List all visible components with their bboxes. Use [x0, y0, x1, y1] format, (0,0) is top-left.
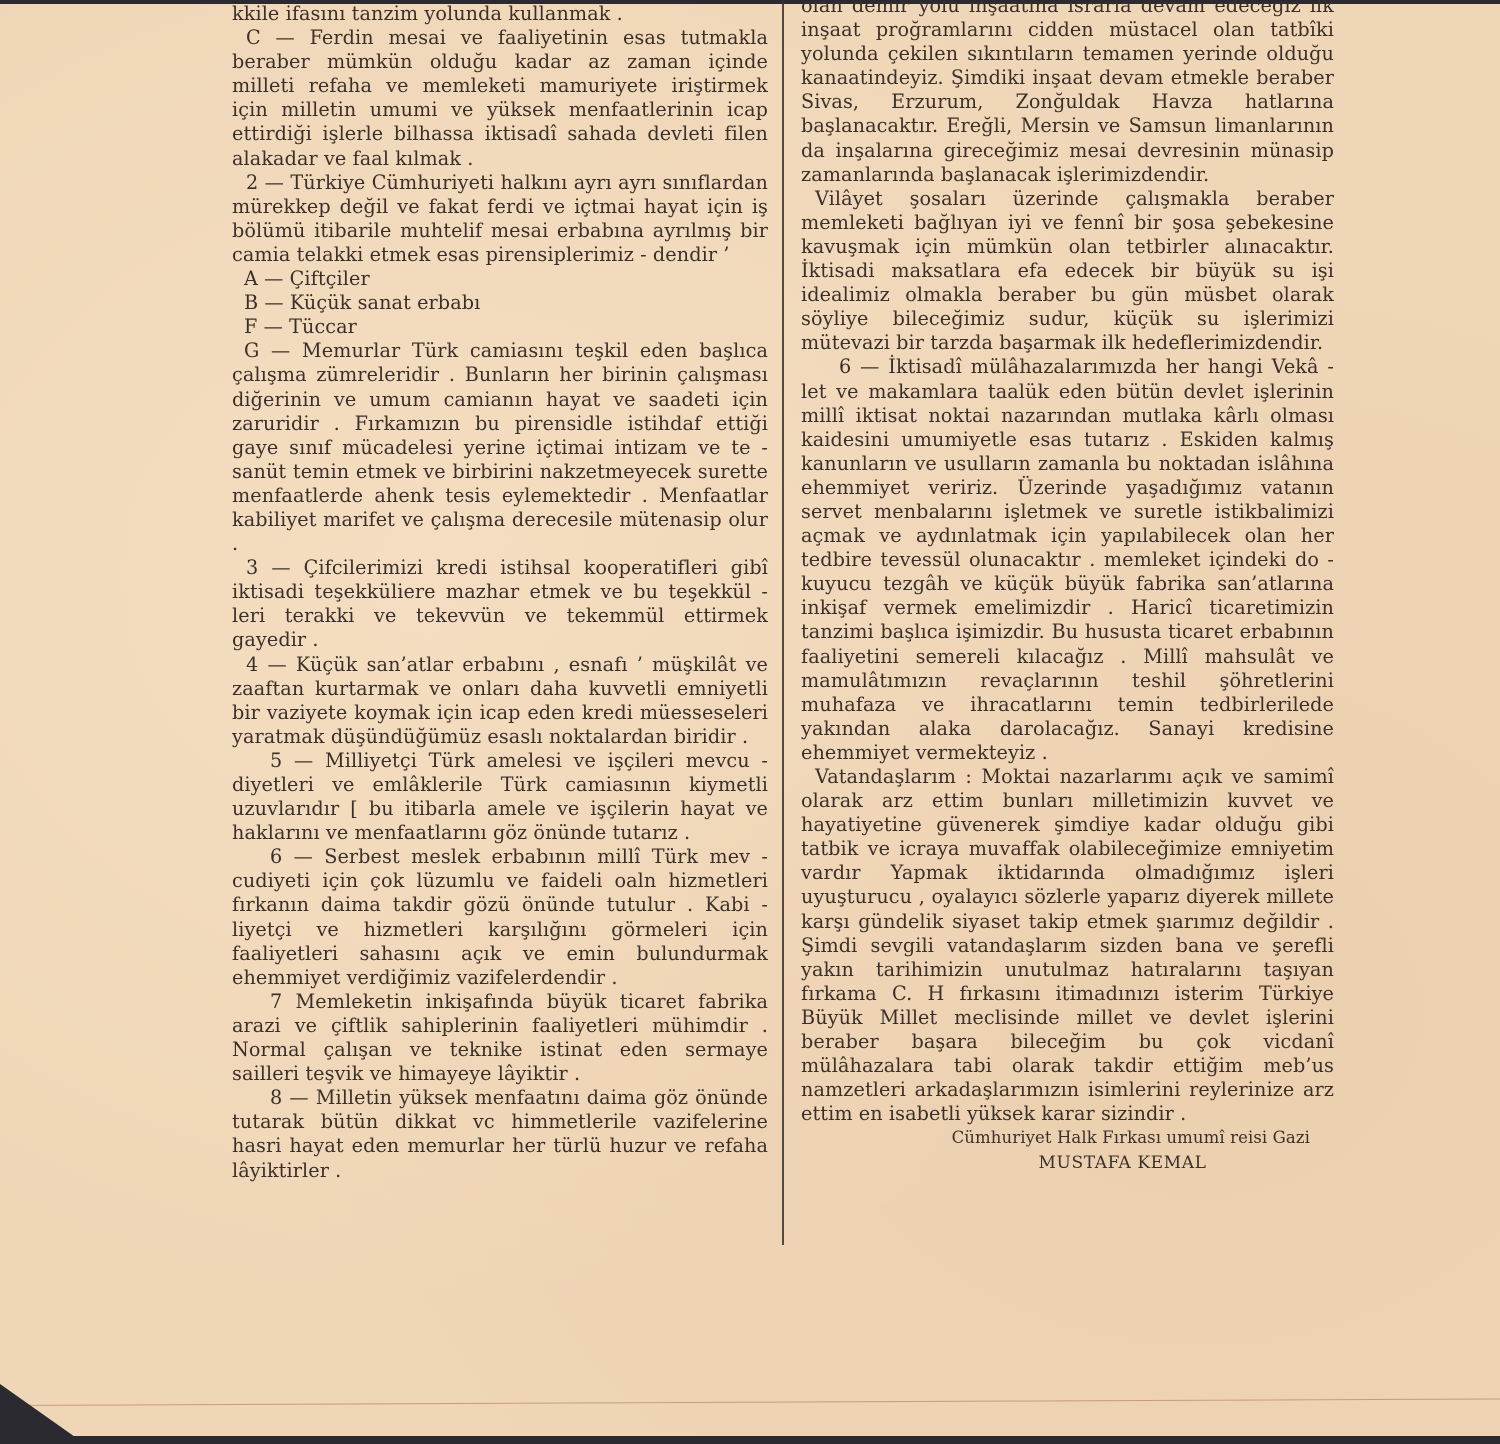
- signature-name: MUSTAFA KEMAL: [801, 1151, 1334, 1175]
- paragraph-3: 3 — Çifcilerimizi kredi istihsal koopera…: [232, 556, 768, 652]
- list-item-b: B — Küçük sanat erbabı: [232, 291, 768, 315]
- paragraph-citizens: Vatandaşlarım : Moktai nazarlarımı açık …: [801, 765, 1334, 1126]
- paragraph-2: 2 — Türkiye Cümhuriyeti halkını ayrı ayr…: [232, 171, 768, 267]
- paragraph-6: 6 — Serbest meslek erbabının millî Türk …: [232, 845, 768, 990]
- paragraph-continuation: kkile ifasını tanzim yolunda kullanmak .: [232, 2, 768, 26]
- paragraph-roads-water: Vilâyet şosaları üzerinde çalışmakla ber…: [801, 187, 1334, 356]
- list-item-a: A — Çiftçiler: [232, 267, 768, 291]
- left-column: kkile ifasını tanzim yolunda kullanmak .…: [232, 2, 768, 1183]
- torn-corner: [0, 1384, 85, 1444]
- paragraph-c: C — Ferdin mesai ve faaliyetinin esas tu…: [232, 26, 768, 171]
- paragraph-railways: olan demir yolu inşaatına ısrarla devam …: [801, 0, 1334, 187]
- list-item-f: F — Tüccar: [232, 315, 768, 339]
- right-column: olan demir yolu inşaatına ısrarla devam …: [801, 0, 1334, 1175]
- paragraph-6-economy: 6 — İktisadî mülâhazalarımızda her hangi…: [801, 355, 1334, 765]
- paper-fold-line: [0, 1398, 1500, 1406]
- scan-border-bottom: [0, 1436, 1500, 1444]
- paragraph-5: 5 — Milliyetçi Türk amelesi ve işçileri …: [232, 749, 768, 845]
- paragraph-4: 4 — Küçük san’atlar erbabını , esnafı ’ …: [232, 653, 768, 749]
- signature-title: Cümhuriyet Halk Fırkası umumî reisi Gazi: [801, 1126, 1334, 1150]
- paragraph-8: 8 — Milletin yüksek menfaatını daima göz…: [232, 1086, 768, 1182]
- newspaper-page: kkile ifasını tanzim yolunda kullanmak .…: [0, 0, 1500, 1444]
- paragraph-7: 7 Memleketin inkişafında büyük ticaret f…: [232, 990, 768, 1086]
- list-item-g: G — Memurlar Türk camiasını teşkil eden …: [232, 339, 768, 556]
- column-divider: [782, 0, 784, 1245]
